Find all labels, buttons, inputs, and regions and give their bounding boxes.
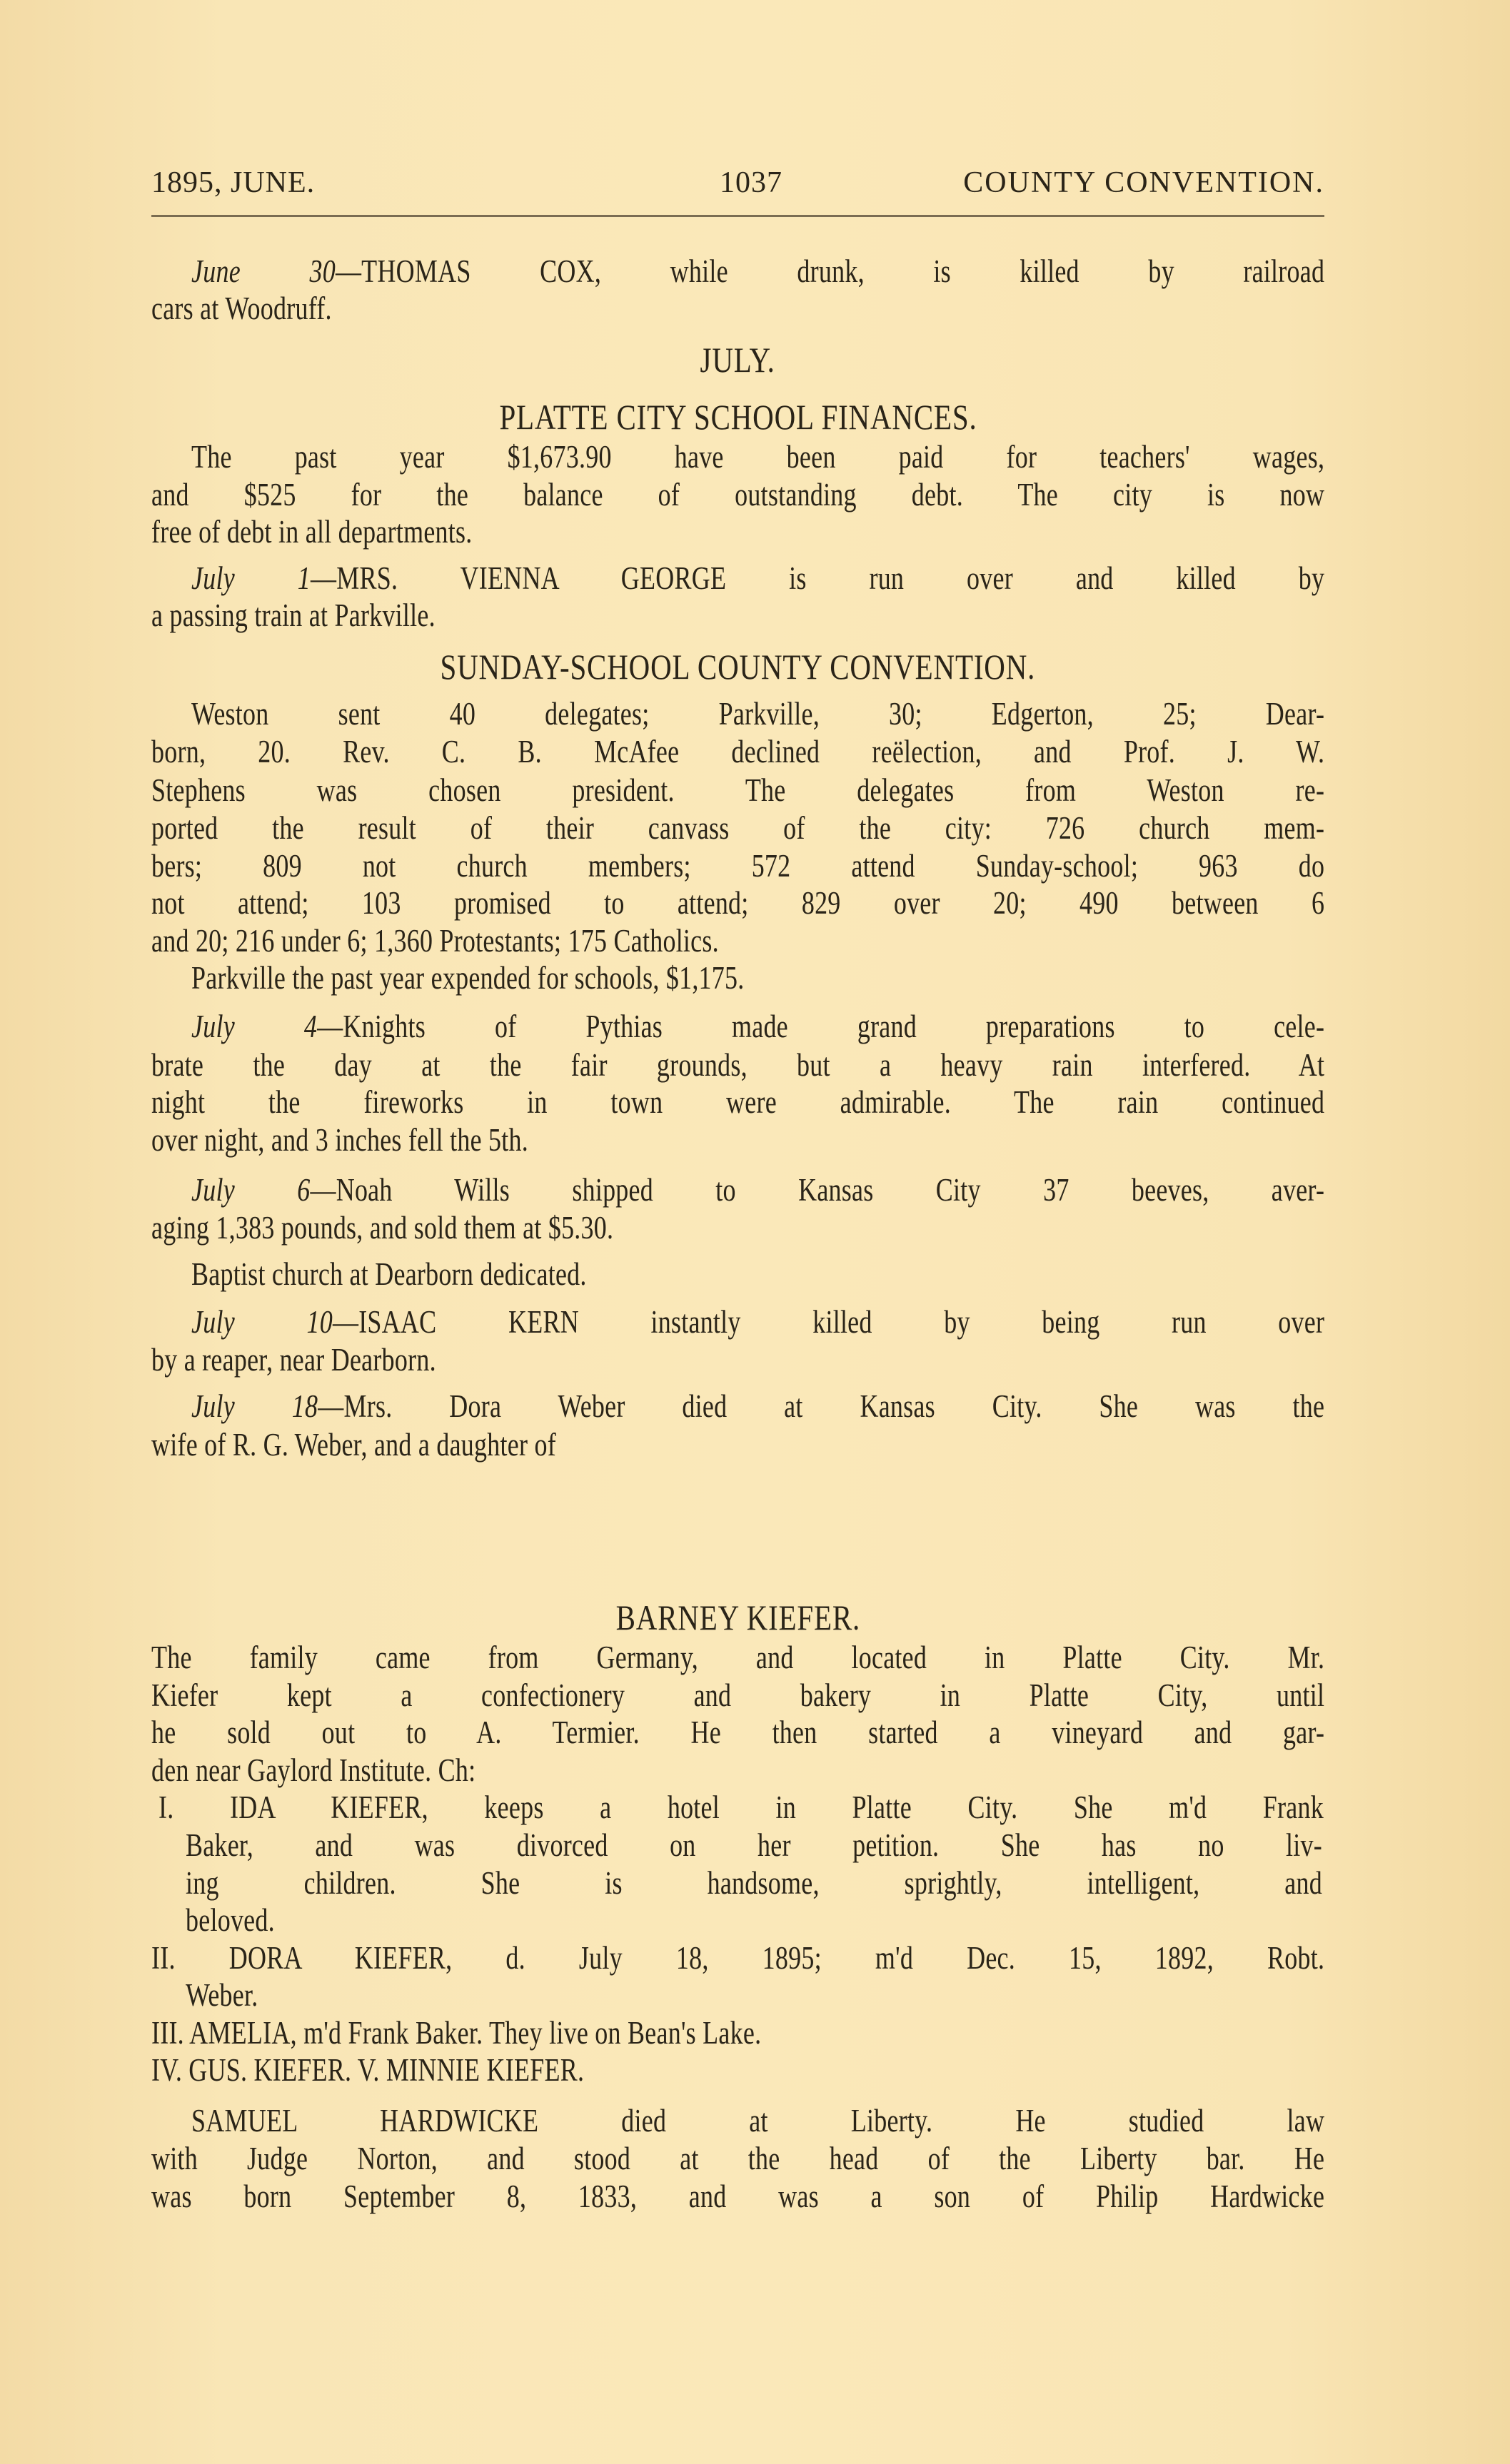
entry-june30-line1: June 30—THOMAS COX, while drunk, is kill… — [191, 253, 1324, 290]
header-section-title: COUNTY CONVENTION. — [963, 166, 1324, 200]
entry-july18-line1: July 18—Mrs. Dora Weber died at Kansas C… — [191, 1388, 1324, 1425]
paragraph-line: The family came from Germany, and locate… — [151, 1639, 1324, 1676]
child-list-item: III. AMELIA, m'd Frank Baker. They live … — [151, 2014, 1089, 2051]
entry-date: July 6 — [191, 1172, 310, 1208]
paragraph-line: Baptist church at Dearborn dedicated. — [191, 1256, 1129, 1293]
page-number: 1037 — [720, 166, 782, 200]
entry-date: July 10 — [191, 1304, 333, 1340]
child-list-item-cont: ing children. She is handsome, sprightly… — [186, 1864, 1322, 1902]
paragraph-line: not attend; 103 promised to attend; 829 … — [151, 884, 1324, 922]
month-heading: JULY. — [151, 341, 1324, 378]
entry-july1-line2: a passing train at Parkville. — [151, 597, 1089, 634]
entry-july10-line1: July 10—ISAAC KERN instantly killed by b… — [191, 1303, 1324, 1340]
paragraph-line: Weston sent 40 delegates; Parkville, 30;… — [191, 695, 1324, 732]
paragraph-line: brate the day at the fair grounds, but a… — [151, 1046, 1324, 1084]
paragraph-line: over night, and 3 inches fell the 5th. — [151, 1121, 1089, 1158]
paragraph-line: Kiefer kept a confectionery and bakery i… — [151, 1677, 1324, 1714]
entry-july6-line1: July 6—Noah Wills shipped to Kansas City… — [191, 1171, 1324, 1208]
paragraph-line: he sold out to A. Termier. He then start… — [151, 1714, 1324, 1751]
book-page: 1895, JUNE. 1037 COUNTY CONVENTION. June… — [0, 0, 1510, 2464]
paragraph-line: night the fireworks in town were admirab… — [151, 1084, 1324, 1121]
paragraph-line: den near Gaylord Institute. Ch: — [151, 1752, 1089, 1789]
paragraph-line: and $525 for the balance of outstanding … — [151, 476, 1324, 513]
child-list-item-cont: Baker, and was divorced on her petition.… — [186, 1827, 1322, 1864]
paragraph-line: free of debt in all departments. — [151, 513, 1089, 550]
paragraph-line: ported the result of their canvass of th… — [151, 809, 1324, 847]
child-list-item-cont: Weber. — [186, 1976, 1124, 2014]
paragraph-line: The past year $1,673.90 have been paid f… — [191, 438, 1324, 475]
child-list-item: II. DORA KIEFER, d. July 18, 1895; m'd D… — [151, 1939, 1324, 1976]
paragraph-line: with Judge Norton, and stood at the head… — [151, 2140, 1324, 2177]
paragraph-line: by a reaper, near Dearborn. — [151, 1341, 1089, 1378]
section-heading-platte-school: PLATTE CITY SCHOOL FINANCES. — [151, 398, 1324, 435]
paragraph-line: Parkville the past year expended for sch… — [191, 959, 1129, 996]
paragraph-line: SAMUEL HARDWICKE died at Liberty. He stu… — [191, 2102, 1324, 2139]
entry-june30-line2: cars at Woodruff. — [151, 290, 1089, 327]
paragraph-line: born, 20. Rev. C. B. McAfee declined reë… — [151, 733, 1324, 770]
child-list-item-cont: beloved. — [186, 1902, 1124, 1939]
child-list-item: I. IDA KIEFER, keeps a hotel in Platte C… — [158, 1789, 1324, 1826]
paragraph-line: aging 1,383 pounds, and sold them at $5.… — [151, 1209, 1089, 1246]
paragraph-line: wife of R. G. Weber, and a daughter of — [151, 1426, 1089, 1463]
entry-date: July 18 — [191, 1388, 318, 1424]
section-heading-barney-kiefer: BARNEY KIEFER. — [151, 1599, 1324, 1636]
paragraph-line: Stephens was chosen president. The deleg… — [151, 772, 1324, 809]
entry-date: July 4 — [191, 1009, 317, 1044]
paragraph-line: was born September 8, 1833, and was a so… — [151, 2178, 1324, 2215]
section-heading-sunday-school: SUNDAY-SCHOOL COUNTY CONVENTION. — [151, 648, 1324, 685]
header-date: 1895, JUNE. — [151, 166, 315, 200]
entry-july1-line1: July 1—MRS. VIENNA GEORGE is run over an… — [191, 560, 1324, 597]
entry-july4-line1: July 4—Knights of Pythias made grand pre… — [191, 1008, 1324, 1045]
entry-date: July 1 — [191, 560, 311, 596]
paragraph-line: and 20; 216 under 6; 1,360 Protestants; … — [151, 922, 1089, 959]
entry-date: June 30 — [191, 253, 336, 289]
running-header: 1895, JUNE. 1037 COUNTY CONVENTION. — [151, 166, 1324, 201]
child-list-item: IV. GUS. KIEFER. V. MINNIE KIEFER. — [151, 2051, 1089, 2089]
paragraph-line: bers; 809 not church members; 572 attend… — [151, 847, 1324, 884]
header-rule — [151, 215, 1324, 217]
